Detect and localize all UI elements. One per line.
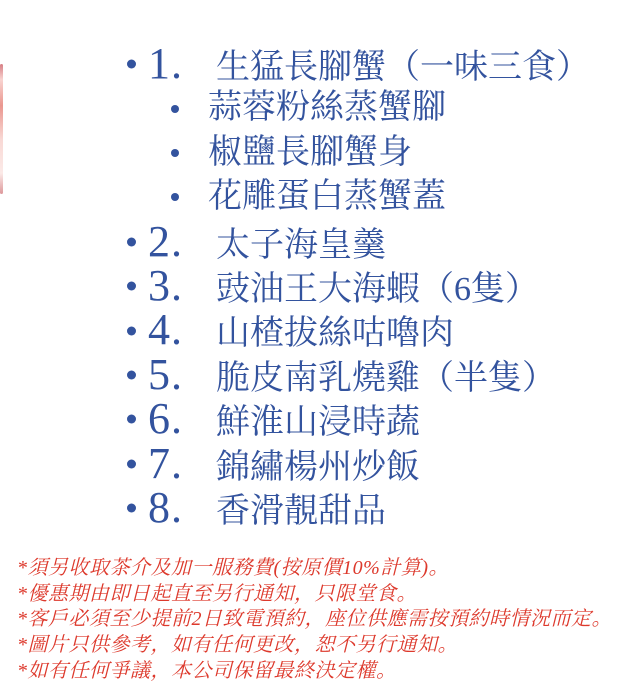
menu-item-number: 6. [148,397,212,441]
menu-item-number: 1. [148,42,212,86]
footnote-reservation: *客戶必須至少提前2日致電預約，座位供應需按預約時情況而定。 [17,607,640,633]
menu-item-5: 5. 脆皮南乳燒雞（半隻） [0,353,640,397]
menu-subitem-label: 椒鹽長腳蟹身 [208,134,412,171]
bullet-icon [127,282,136,291]
bullet-icon [171,193,179,201]
menu-item-number: 8. [148,486,212,530]
menu-item-label: 香滑靚甜品 [216,493,386,530]
footnote-image-reference: *圖片只供參考，如有任何更改，恕不另行通知。 [17,633,640,659]
menu-item-number: 2. [148,220,212,264]
menu-item-6: 6. 鮮淮山浸時蔬 [0,397,640,441]
bullet-icon [171,149,179,157]
menu-page: 1. 生猛長腳蟹（一味三食） 蒜蓉粉絲蒸蟹腳 椒鹽長腳蟹身 花雕蛋白蒸蟹蓋 2.… [0,0,640,694]
menu-item-number: 4. [148,308,212,352]
menu-item-4: 4. 山楂拔絲咕嚕肉 [0,308,640,352]
menu-item-1: 1. 生猛長腳蟹（一味三食） [0,42,640,86]
menu-subitem-1b: 椒鹽長腳蟹身 [0,131,640,175]
menu-subitem-1c: 花雕蛋白蒸蟹蓋 [0,175,640,219]
footnote-service-charge: *須另收取茶介及加一服務費(按原價10%計算)。 [17,556,640,582]
bullet-icon [127,326,136,335]
menu-subitem-1a: 蒜蓉粉絲蒸蟹腳 [0,86,640,130]
menu-item-number: 5. [148,353,212,397]
bullet-icon [127,237,136,246]
bullet-icon [127,459,136,468]
menu-subitem-label: 花雕蛋白蒸蟹蓋 [208,178,446,215]
bullet-icon [171,105,179,113]
menu-item-label: 脆皮南乳燒雞（半隻） [216,360,556,397]
menu-item-number: 7. [148,442,212,486]
menu-item-number: 3. [148,264,212,308]
dish-list: 1. 生猛長腳蟹（一味三食） 蒜蓉粉絲蒸蟹腳 椒鹽長腳蟹身 花雕蛋白蒸蟹蓋 2.… [0,42,640,530]
menu-item-label: 鮮淮山浸時蔬 [216,404,420,441]
menu-item-2: 2. 太子海皇羹 [0,220,640,264]
menu-item-label: 豉油王大海蝦（6隻） [216,271,539,308]
menu-subitem-label: 蒜蓉粉絲蒸蟹腳 [208,89,446,126]
menu-item-8: 8. 香滑靚甜品 [0,486,640,530]
footnote-final-decision: *如有任何爭議，本公司保留最終決定權。 [17,659,640,685]
menu-item-label: 太子海皇羹 [216,227,386,264]
menu-item-label: 山楂拔絲咕嚕肉 [216,315,454,352]
menu-item-7: 7. 錦繡楊州炒飯 [0,442,640,486]
footnote-offer-period: *優惠期由即日起直至另行通知，只限堂食。 [17,582,640,608]
menu-item-label: 生猛長腳蟹（一味三食） [216,49,590,86]
bullet-icon [127,370,136,379]
menu-item-label: 錦繡楊州炒飯 [216,449,420,486]
menu-item-3: 3. 豉油王大海蝦（6隻） [0,264,640,308]
bullet-icon [127,504,136,513]
bullet-icon [127,415,136,424]
bullet-icon [127,60,136,69]
disclaimer-notes: *須另收取茶介及加一服務費(按原價10%計算)。 *優惠期由即日起直至另行通知，… [17,556,640,684]
